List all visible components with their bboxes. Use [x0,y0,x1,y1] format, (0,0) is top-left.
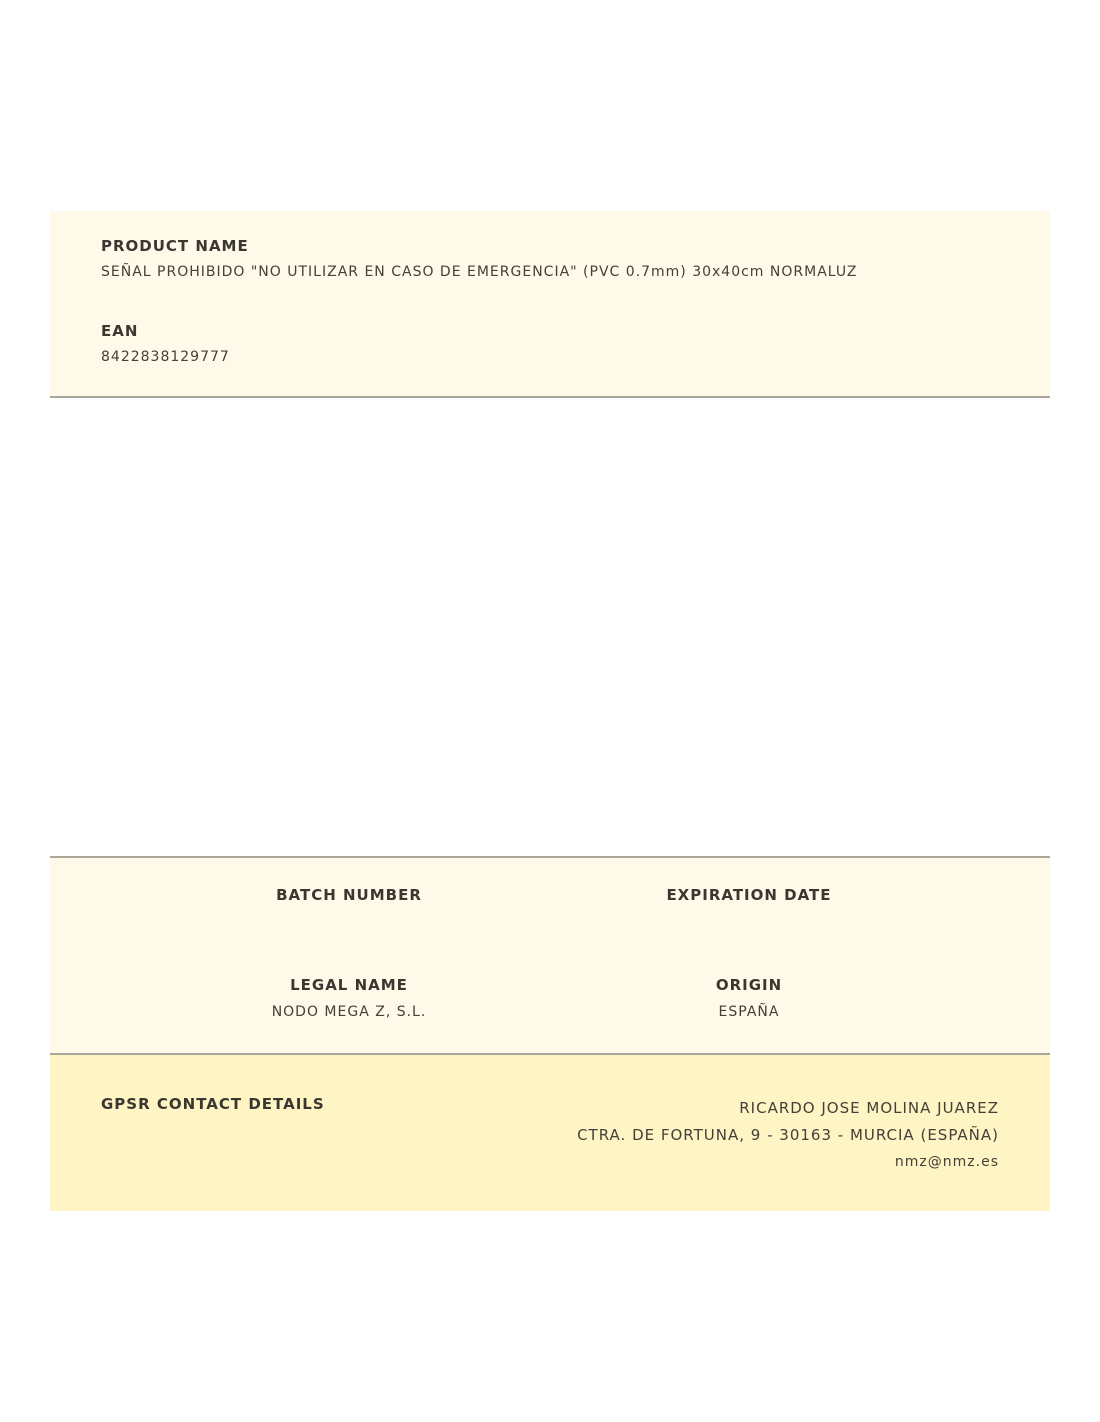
contact-details: RICARDO JOSE MOLINA JUAREZ CTRA. DE FORT… [577,1095,999,1176]
ean-value: 8422838129777 [101,349,999,365]
batch-number-label: BATCH NUMBER [199,886,499,904]
origin-label: ORIGIN [599,976,899,994]
legal-name-field: LEGAL NAME NODO MEGA Z, S.L. [199,976,499,1020]
contact-name: RICARDO JOSE MOLINA JUAREZ [577,1095,999,1122]
origin-field: ORIGIN ESPAÑA [599,976,899,1020]
gpsr-contact-label: GPSR CONTACT DETAILS [101,1095,325,1113]
legal-name-value: NODO MEGA Z, S.L. [199,1004,499,1020]
expiration-date-label: EXPIRATION DATE [599,886,899,904]
contact-email: nmz@nmz.es [577,1149,999,1176]
product-details-panel: BATCH NUMBER EXPIRATION DATE LEGAL NAME … [50,856,1050,1055]
gpsr-contact-panel: GPSR CONTACT DETAILS RICARDO JOSE MOLINA… [50,1055,1050,1211]
expiration-date-field: EXPIRATION DATE [599,886,899,914]
legal-name-label: LEGAL NAME [199,976,499,994]
product-name-value: SEÑAL PROHIBIDO "NO UTILIZAR EN CASO DE … [101,264,999,280]
ean-label: EAN [101,322,999,340]
product-info-panel: PRODUCT NAME SEÑAL PROHIBIDO "NO UTILIZA… [50,211,1050,398]
product-name-label: PRODUCT NAME [101,237,999,255]
origin-value: ESPAÑA [599,1004,899,1020]
contact-address: CTRA. DE FORTUNA, 9 - 30163 - MURCIA (ES… [577,1122,999,1149]
batch-number-field: BATCH NUMBER [199,886,499,914]
